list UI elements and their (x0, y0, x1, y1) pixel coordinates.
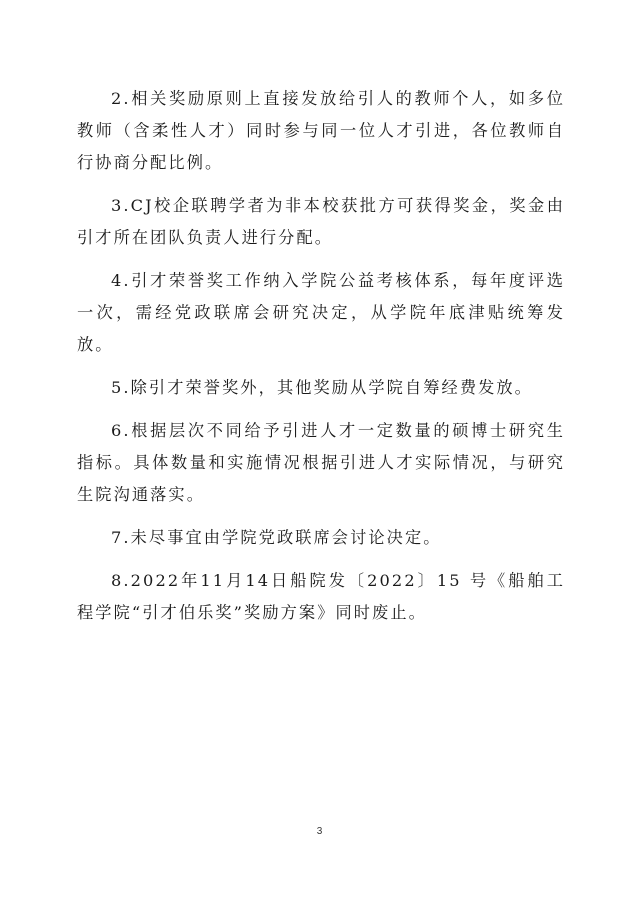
page-number: 3 (0, 826, 639, 837)
paragraph-6: 6.根据层次不同给予引进人才一定数量的硕博士研究生指标。具体数量和实施情况根据引… (77, 415, 565, 511)
paragraph-5: 5.除引才荣誉奖外，其他奖励从学院自筹经费发放。 (77, 372, 565, 404)
paragraph-2: 2.相关奖励原则上直接发放给引人的教师个人，如多位教师（含柔性人才）同时参与同一… (77, 83, 565, 179)
paragraph-4: 4.引才荣誉奖工作纳入学院公益考核体系，每年度评选一次，需经党政联席会研究决定，… (77, 265, 565, 361)
paragraph-7: 7.未尽事宜由学院党政联席会讨论决定。 (77, 522, 565, 554)
paragraph-8: 8.2022年11月14日船院发〔2022〕15 号《船舶工程学院“引才伯乐奖”… (77, 565, 565, 629)
document-page: 2.相关奖励原则上直接发放给引人的教师个人，如多位教师（含柔性人才）同时参与同一… (77, 83, 565, 640)
paragraph-3: 3.CJ校企联聘学者为非本校获批方可获得奖金，奖金由引才所在团队负责人进行分配。 (77, 190, 565, 254)
